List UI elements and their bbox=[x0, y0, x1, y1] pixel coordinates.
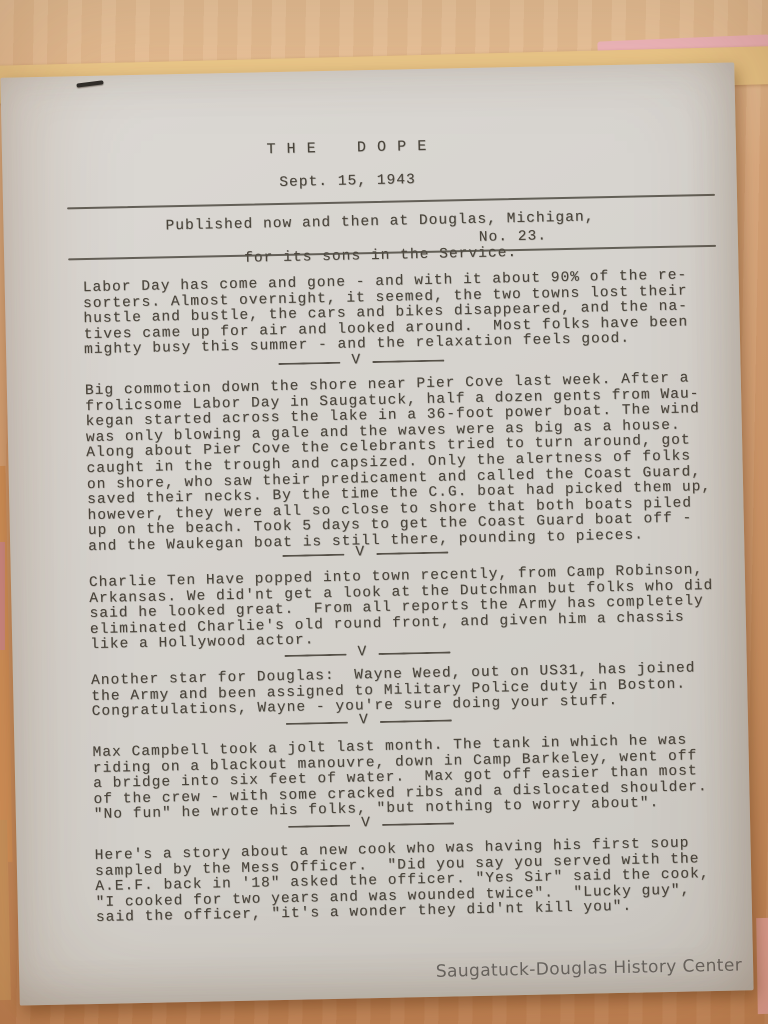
divider-dash bbox=[283, 554, 345, 557]
page-content: T H E D O P E Sept. 15, 1943 Published n… bbox=[78, 63, 707, 1004]
divider-v-label: V bbox=[348, 713, 380, 729]
pink-sheet-edge-bottom-right bbox=[756, 918, 768, 1014]
divider-dash bbox=[382, 822, 454, 826]
paragraph: Here's a story about a new cook who was … bbox=[95, 836, 706, 927]
issue-number: No. 23. bbox=[479, 229, 548, 246]
divider-v-label: V bbox=[350, 816, 382, 832]
divider-v-label: V bbox=[346, 645, 378, 661]
paragraph: Big commotion down the shore near Pier C… bbox=[85, 371, 698, 555]
newsletter-title: T H E D O P E bbox=[42, 134, 652, 162]
divider-dash bbox=[285, 654, 347, 657]
pink-sheet-edge-left bbox=[0, 542, 5, 650]
divider-dash bbox=[372, 360, 444, 364]
divider-dash bbox=[380, 719, 452, 723]
newsletter-page: T H E D O P E Sept. 15, 1943 Published n… bbox=[0, 62, 753, 1005]
divider-v-label: V bbox=[340, 353, 372, 369]
divider-dash bbox=[378, 651, 450, 655]
divider-dash bbox=[286, 722, 348, 725]
paragraph: Max Campbell took a jolt last month. The… bbox=[92, 733, 703, 824]
wood-table-background: T H E D O P E Sept. 15, 1943 Published n… bbox=[0, 0, 768, 1024]
horizontal-rule-top bbox=[67, 194, 715, 210]
paragraph: Labor Day has come and gone - and with i… bbox=[83, 268, 694, 359]
divider-dash bbox=[279, 362, 341, 365]
photo-of-newsletter: { "photo_credit": "Saugatuck-Douglas His… bbox=[0, 0, 768, 1024]
divider-v-label: V bbox=[344, 545, 376, 561]
divider-dash bbox=[288, 825, 350, 828]
divider-dash bbox=[376, 552, 448, 556]
issue-date: Sept. 15, 1943 bbox=[43, 168, 653, 196]
